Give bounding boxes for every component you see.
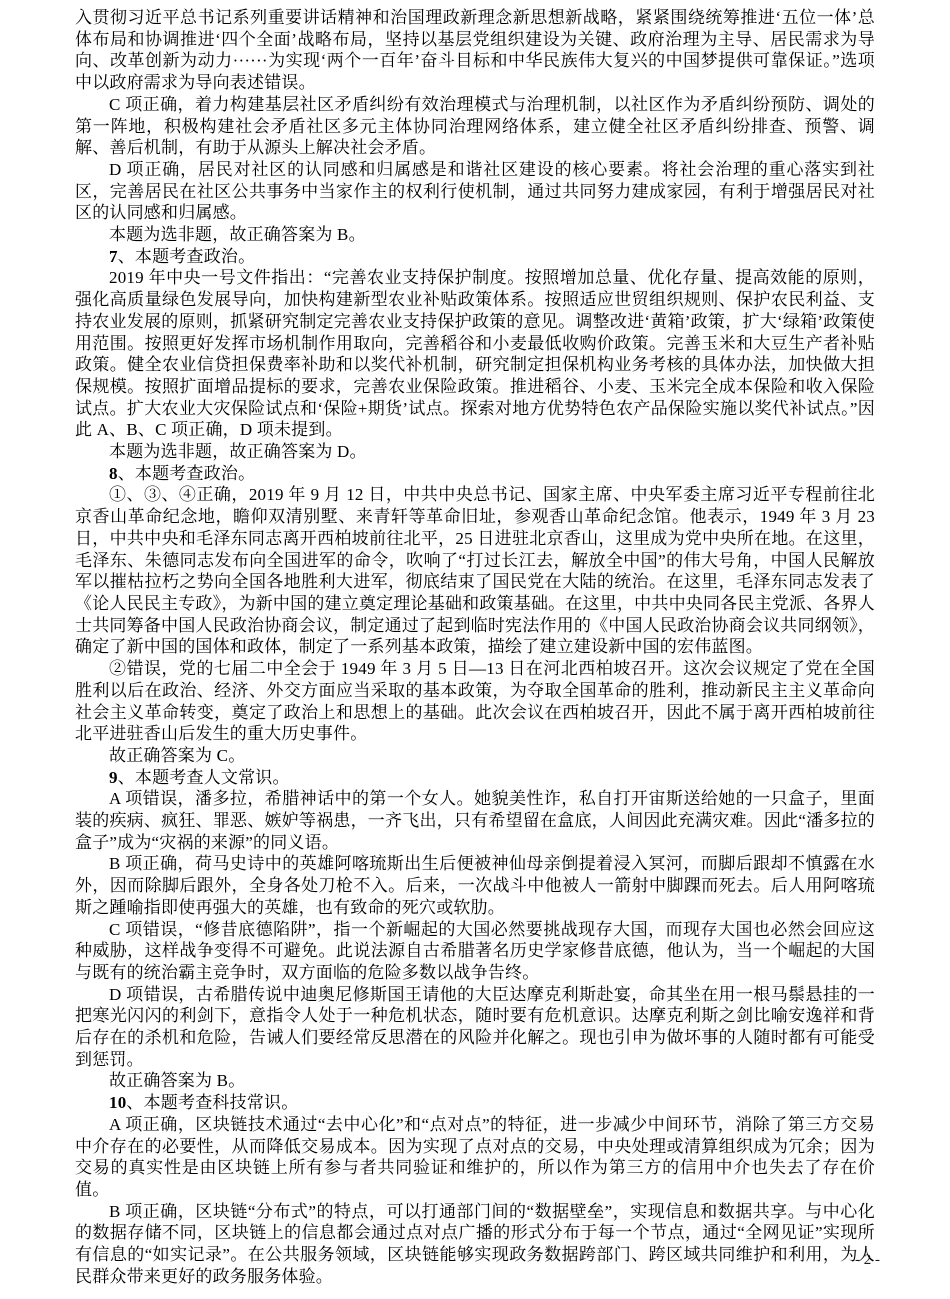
question-7-heading-text: 、本题考查政治。	[118, 247, 256, 266]
q9-answer-statement: 故正确答案为 B。	[75, 1070, 875, 1092]
q6-answer-statement: 本题为选非题，故正确答案为 B。	[75, 224, 875, 246]
q10-option-a-analysis: A 项正确，区块链技术通过“去中心化”和“点对点”的特征，进一步减少中间环节，消…	[75, 1114, 875, 1201]
page-number: - 2 -	[855, 1252, 880, 1269]
question-9-number: 9	[109, 768, 118, 787]
question-7-heading: 7、本题考查政治。	[75, 246, 875, 268]
question-9-heading: 9、本题考查人文常识。	[75, 767, 875, 789]
q7-answer-statement: 本题为选非题，故正确答案为 D。	[75, 441, 875, 463]
question-10-heading: 10、本题考查科技常识。	[75, 1092, 875, 1114]
question-8-number: 8	[109, 464, 118, 483]
question-8-heading: 8、本题考查政治。	[75, 463, 875, 485]
q8-items-134-analysis: ①、③、④正确，2019 年 9 月 12 日，中共中央总书记、国家主席、中央军…	[75, 484, 875, 658]
q7-analysis: 2019 年中央一号文件指出：“完善农业支持保护制度。按照增加总量、优化存量、提…	[75, 267, 875, 441]
q6-option-c-analysis: C 项正确，着力构建基层社区矛盾纠纷有效治理模式与治理机制，以社区作为矛盾纠纷预…	[75, 94, 875, 159]
question-10-heading-text: 、本题考查科技常识。	[126, 1093, 298, 1112]
question-8-heading-text: 、本题考查政治。	[118, 464, 256, 483]
question-7-number: 7	[109, 247, 118, 266]
question-9-heading-text: 、本题考查人文常识。	[118, 768, 290, 787]
document-page: 入贯彻习近平总书记系列重要讲话精神和治国理政新理念新思想新战略，紧紧围绕统筹推进…	[75, 7, 875, 1287]
q8-answer-statement: 故正确答案为 C。	[75, 745, 875, 767]
q6-option-d-analysis: D 项正确，居民对社区的认同感和归属感是和谐社区建设的核心要素。将社会治理的重心…	[75, 159, 875, 224]
q9-option-b-analysis: B 项正确，荷马史诗中的英雄阿喀琉斯出生后便被神仙母亲倒提着浸入冥河，而脚后跟却…	[75, 853, 875, 918]
q9-option-a-analysis: A 项错误，潘多拉，希腊神话中的第一个女人。她貌美性诈，私自打开宙斯送给她的一只…	[75, 788, 875, 853]
q9-option-c-analysis: C 项错误，“修昔底德陷阱”，指一个新崛起的大国必然要挑战现存大国，而现存大国也…	[75, 919, 875, 984]
q10-option-b-analysis: B 项正确，区块链“分布式”的特点，可以打通部门间的“数据壁垒”，实现信息和数据…	[75, 1201, 875, 1288]
question-10-number: 10	[109, 1093, 126, 1112]
q9-option-d-analysis: D 项错误，古希腊传说中迪奥尼修斯国王请他的大臣达摩克利斯赴宴，命其坐在用一根马…	[75, 984, 875, 1071]
q8-item-2-analysis: ②错误，党的七届二中全会于 1949 年 3 月 5 日—13 日在河北西柏坡召…	[75, 658, 875, 745]
continuation-paragraph: 入贯彻习近平总书记系列重要讲话精神和治国理政新理念新思想新战略，紧紧围绕统筹推进…	[75, 7, 875, 94]
